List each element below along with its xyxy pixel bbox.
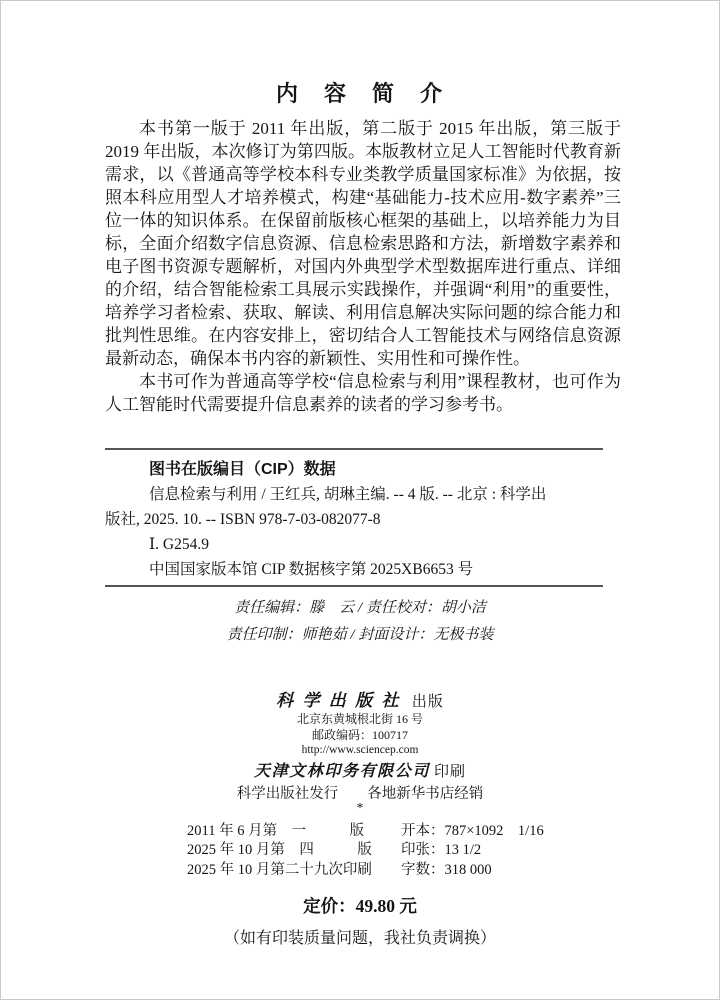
edition-info: 2011 年 6 月第 一 版 开本：787×1092 1/16 2025 年 …: [187, 822, 719, 881]
publisher-address: 北京东黄城根北街 16 号: [1, 712, 719, 728]
edition-date: 2011 年 6 月第 一 版: [187, 822, 401, 842]
publisher-website: http://www.sciencep.com: [1, 743, 719, 759]
edition-spec: 开本：787×1092 1/16: [401, 822, 719, 842]
publisher-postcode: 邮政编码：100717: [1, 728, 719, 744]
cip-line: 版社, 2025. 10. -- ISBN 978-7-03-082077-8: [105, 507, 621, 532]
edition-spec: 印张：13 1/2: [401, 841, 719, 861]
printer-line: 天津文林印务有限公司 印刷: [1, 762, 719, 782]
publisher-name: 科学出版社: [276, 691, 408, 710]
cip-section: 图书在版编目（CIP）数据 信息检索与利用 / 王红兵, 胡琳主编. -- 4 …: [105, 458, 621, 582]
edition-date: 2025 年 10 月第 四 版: [187, 841, 401, 861]
publisher-suffix: 出版: [412, 694, 444, 710]
credits-production: 责任印制：师艳茹 / 封面设计：无极书装: [1, 622, 719, 649]
edition-row: 2011 年 6 月第 一 版 开本：787×1092 1/16: [187, 822, 719, 842]
cip-line: 信息检索与利用 / 王红兵, 胡琳主编. -- 4 版. -- 北京 : 科学出: [105, 482, 621, 507]
staff-credits: 责任编辑：滕 云 / 责任校对：胡小洁 责任印制：师艳茹 / 封面设计：无极书装: [1, 595, 719, 649]
publisher-line: 科学出版社 出版: [1, 691, 719, 712]
page-title: 内 容 简 介: [1, 77, 719, 108]
cip-line: 中国国家版本馆 CIP 数据核字第 2025XB6653 号: [105, 557, 621, 582]
distribution-line: 科学出版社发行 各地新华书店经销: [1, 785, 719, 803]
edition-date: 2025 年 10 月第二十九次印刷: [187, 861, 401, 881]
quality-note: （如有印装质量问题，我社负责调换）: [1, 925, 719, 948]
printer-name: 天津文林印务有限公司: [254, 763, 430, 780]
intro-section: 本书第一版于 2011 年出版，第二版于 2015 年出版，第三版于 2019 …: [105, 117, 621, 416]
credits-editors: 责任编辑：滕 云 / 责任校对：胡小洁: [1, 595, 719, 622]
copyright-page: 内 容 简 介 本书第一版于 2011 年出版，第二版于 2015 年出版，第三…: [0, 0, 720, 1000]
intro-paragraph-2: 本书可作为普通高等学校“信息检索与利用”课程教材，也可作为人工智能时代需要提升信…: [105, 370, 621, 416]
divider-bottom: [105, 585, 603, 587]
cip-line: Ⅰ. G254.9: [105, 532, 621, 557]
intro-paragraph-1: 本书第一版于 2011 年出版，第二版于 2015 年出版，第三版于 2019 …: [105, 117, 621, 370]
printer-suffix: 印刷: [434, 764, 466, 780]
edition-row: 2025 年 10 月第二十九次印刷 字数：318 000: [187, 861, 719, 881]
price: 定价：49.80 元: [1, 893, 719, 918]
edition-spec: 字数：318 000: [401, 861, 719, 881]
edition-row: 2025 年 10 月第 四 版 印张：13 1/2: [187, 841, 719, 861]
colophon: 科学出版社 出版 北京东黄城根北街 16 号 邮政编码：100717 http:…: [1, 691, 719, 815]
separator-asterisk: *: [1, 803, 719, 815]
divider-top: [105, 448, 603, 450]
cip-heading: 图书在版编目（CIP）数据: [105, 458, 621, 482]
